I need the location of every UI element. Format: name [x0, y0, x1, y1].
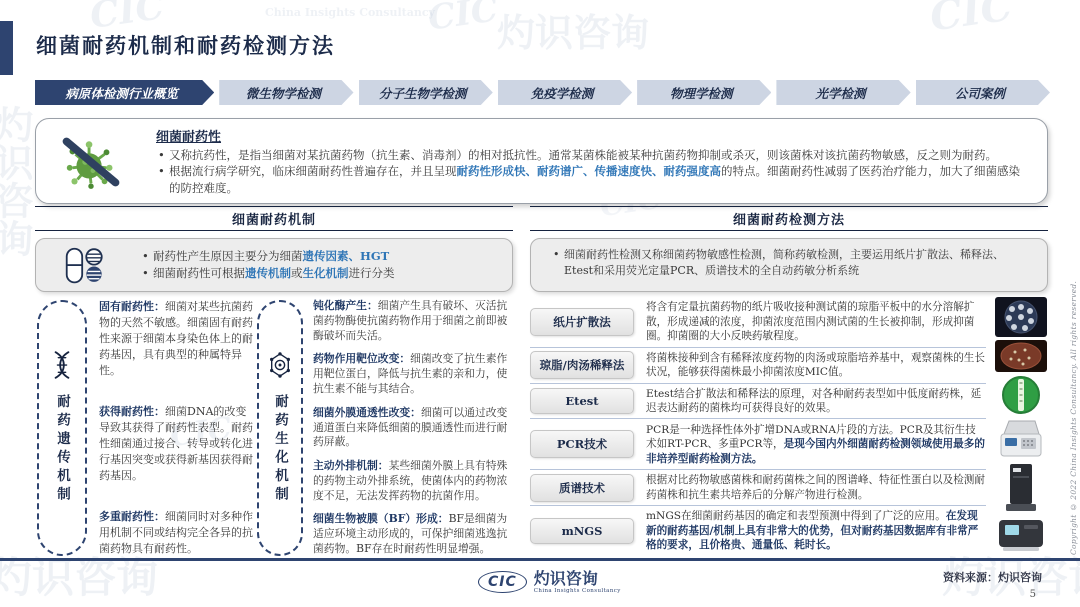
- pcr-instrument-photo: [997, 419, 1045, 462]
- method-label-pcr: PCR技术: [530, 430, 634, 458]
- genetic-mechanism-label: 耐药遗传机制: [52, 394, 72, 505]
- detection-summary-box: 细菌耐药性检测又称细菌药物敏感性检测，简称药敏检测，主要运用纸片扩散法、稀释法、…: [530, 238, 1048, 292]
- method-label-etest: Etest: [530, 388, 634, 414]
- method-desc-text: 将菌株接种到含有稀释浓度药物的肉汤或琼脂培养基中，观察菌株的生长状况，能够获得菌…: [646, 352, 985, 378]
- genetic-mechanism-pill: 耐药遗传机制: [37, 300, 87, 556]
- genetic-item: 固有耐药性：细菌对某些抗菌药物的天然不敏感。细菌固有耐药性来源于细菌本身染色体上…: [99, 299, 255, 379]
- mass-spectrometer-photo: [1001, 462, 1041, 515]
- tab-company-cases[interactable]: 公司案例: [916, 80, 1050, 105]
- table-row: PCR技术 PCR是一种选择性体外扩增DNA或RNA片段的方法。PCR及其衍生技…: [530, 419, 986, 470]
- table-row: mNGS mNGS在细菌耐药基因的确定和表型预测中得到了广泛的应用。在发现新的耐…: [530, 506, 986, 556]
- cic-watermark: 灼识咨询: [497, 2, 649, 57]
- tab-immunology-testing[interactable]: 免疫学检测: [498, 80, 632, 105]
- molecule-icon: [268, 351, 292, 382]
- mechanism-bullet-1-highlight: 遗传因素、HGT: [303, 249, 390, 263]
- dna-icon: [51, 351, 73, 382]
- biochem-item-term: 细菌外膜通透性改变：: [313, 406, 421, 419]
- mechanism-bullet-2: 细菌耐药性可根据遗传机制或生化机制进行分类: [140, 265, 502, 282]
- tab-microbiology-testing[interactable]: 微生物学检测: [219, 80, 353, 105]
- page-title: 细菌耐药机制和耐药检测方法: [36, 30, 335, 60]
- capsule-pill-icon: [60, 246, 108, 286]
- section-nav: 病原体检测行业概览 微生物学检测 分子生物学检测 免疫学检测 物理学检测 光学检…: [35, 80, 1050, 105]
- detection-summary-bullet: 细菌耐药性检测又称细菌药物敏感性检测，简称药敏检测，主要运用纸片扩散法、稀释法、…: [551, 247, 1033, 278]
- footer-divider: [0, 558, 1080, 561]
- copyright-notice: Copyright © 2022 China Insights Consulta…: [1069, 255, 1078, 555]
- method-desc: mNGS在细菌耐药基因的确定和表型预测中得到了广泛的应用。在发现新的耐药基因/机…: [634, 509, 986, 552]
- biochem-item-term: 主动外排机制：: [313, 459, 389, 472]
- genetic-item: 获得耐药性：细菌DNA的改变导致其获得了耐药性表型。耐药性细菌通过接合、转导或转…: [99, 404, 255, 484]
- mechanism-bullet-2-mid: 或: [291, 266, 303, 280]
- biochem-item: 钝化酶产生：细菌产生具有破坏、灭活抗菌药物酶使抗菌药物作用于细菌之前即被酶破坏而…: [313, 299, 513, 344]
- intro-bullet-2: 根据流行病学研究，临床细菌耐药性普遍存在，并且呈现耐药性形成快、耐药谱广、传播速…: [156, 163, 1031, 196]
- tab-physical-testing[interactable]: 物理学检测: [637, 80, 771, 105]
- cic-watermark: 灼识咨询: [0, 105, 39, 257]
- tab-pathogen-industry-overview[interactable]: 病原体检测行业概览: [35, 80, 214, 105]
- disk-diffusion-plate-photo: [995, 297, 1047, 340]
- method-desc: 将菌株接种到含有稀释浓度药物的肉汤或琼脂培养基中，观察菌株的生长状况，能够获得菌…: [634, 351, 986, 380]
- table-row: Etest Etest结合扩散法和稀释法的原理，对各种耐药表型如中低度耐药株，延…: [530, 384, 986, 420]
- crossed-bacteria-icon: [60, 131, 122, 193]
- table-row: 纸片扩散法 将含有定量抗菌药物的纸片吸收接种测试菌的琼脂平板中的水分溶解扩散，形…: [530, 297, 986, 348]
- biochem-item: 药物作用靶位改变：细菌改变了抗生素作用靶位蛋白，降低与抗生素的亲和力，使抗生素不…: [313, 352, 513, 397]
- tab-optical-testing[interactable]: 光学检测: [776, 80, 910, 105]
- biochem-item-term: 药物作用靶位改变：: [313, 352, 410, 365]
- genetic-item-term: 多重耐药性：: [99, 510, 165, 523]
- detection-summary-text: 细菌耐药性检测又称细菌药物敏感性检测，简称药敏检测，主要运用纸片扩散法、稀释法、…: [564, 248, 1004, 277]
- biochem-item: 细菌外膜通透性改变：细菌可以通过改变通道蛋白来降低细菌的膜通透性而进行耐药屏蔽。: [313, 406, 513, 451]
- genetic-mechanism-items: 固有耐药性：细菌对某些抗菌药物的天然不敏感。细菌固有耐药性来源于细菌本身染色体上…: [99, 299, 255, 557]
- biochemical-mechanism-label: 耐药生化机制: [270, 394, 290, 505]
- method-desc: 将含有定量抗菌药物的纸片吸收接种测试菌的琼脂平板中的水分溶解扩散，形成递减的浓度…: [634, 300, 986, 343]
- cic-logo-name: 灼识咨询: [534, 570, 621, 588]
- method-desc: 根据对比药物敏感菌株和耐药菌株之间的图谱峰、特征性蛋白以及检测耐药菌株和抗生素共…: [634, 473, 986, 502]
- detection-section-header: 细菌耐药检测方法: [530, 206, 1048, 231]
- cic-logo-mark: CIC: [478, 571, 527, 593]
- method-desc-text: 根据对比药物敏感菌株和耐药菌株之间的图谱峰、特征性蛋白以及检测耐药菌株和抗生素共…: [646, 474, 985, 500]
- cic-watermark: CIC: [927, 0, 1015, 41]
- intro-bullet-1: 又称抗药性，是指当细菌对某抗菌药物（抗生素、消毒剂）的相对抵抗性。通常某菌株能被…: [156, 147, 1031, 163]
- mechanism-bullet-2-pre: 细菌耐药性可根据: [153, 266, 245, 280]
- method-label-mngs: mNGS: [530, 518, 634, 544]
- genetic-item: 多重耐药性：细菌同时对多种作用机制不同或结构完全各异的抗菌药物具有耐药性。: [99, 509, 255, 557]
- agar-dilution-plate-photo: [995, 340, 1047, 375]
- method-desc-text: Etest结合扩散法和稀释法的原理，对各种耐药表型如中低度耐药株，延迟表达耐药的…: [646, 388, 981, 414]
- mechanism-bullet-1-pre: 耐药性产生原因主要分为细菌: [153, 249, 303, 263]
- method-desc: Etest结合扩散法和稀释法的原理，对各种耐药表型如中低度耐药株，延迟表达耐药的…: [634, 387, 986, 416]
- tab-molecular-biology-testing[interactable]: 分子生物学检测: [359, 80, 493, 105]
- detection-method-photos: [992, 297, 1050, 556]
- detection-method-table: 纸片扩散法 将含有定量抗菌药物的纸片吸收接种测试菌的琼脂平板中的水分溶解扩散，形…: [530, 297, 986, 556]
- biochemical-mechanism-pill: 耐药生化机制: [257, 300, 303, 556]
- table-row: 琼脂/肉汤稀释法 将菌株接种到含有稀释浓度药物的肉汤或琼脂培养基中，观察菌株的生…: [530, 348, 986, 384]
- intro-bullet-2-highlight: 耐药性形成快、耐药谱广、传播速度快、耐药强度高: [457, 164, 722, 178]
- cic-watermark: CIC: [426, 0, 501, 39]
- mechanism-section-header: 细菌耐药机制: [35, 206, 513, 231]
- biochem-item: 主动外排机制：某些细菌外膜上具有特殊的药物主动外排系统，使菌体内的药物浓度不足，…: [313, 459, 513, 504]
- cic-logo: CIC 灼识咨询 China Insights Consultancy: [478, 570, 621, 594]
- mechanism-bullet-2-highlight-1: 遗传机制: [245, 266, 291, 280]
- page-number: 5: [1030, 589, 1036, 600]
- intro-bullet-1-text: 又称抗药性，是指当细菌对某抗菌药物（抗生素、消毒剂）的相对抵抗性。通常某菌株能被…: [169, 148, 997, 162]
- genetic-item-term: 固有耐药性：: [99, 300, 165, 313]
- mechanism-bullet-2-post: 进行分类: [349, 266, 395, 280]
- method-desc-text: mNGS在细菌耐药基因的确定和表型预测中得到了广泛的应用。: [646, 510, 946, 522]
- method-desc-text: 将含有定量抗菌药物的纸片吸收接种测试菌的琼脂平板中的水分溶解扩散，形成递减的浓度…: [646, 301, 974, 342]
- mechanism-bullet-2-highlight-2: 生化机制: [303, 266, 349, 280]
- bacterial-resistance-intro-box: 细菌耐药性 又称抗药性，是指当细菌对某抗菌药物（抗生素、消毒剂）的相对抵抗性。通…: [35, 118, 1048, 204]
- table-row: 质谱技术 根据对比药物敏感菌株和耐药菌株之间的图谱峰、特征性蛋白以及检测耐药菌株…: [530, 470, 986, 506]
- sequencer-photo: [997, 515, 1045, 556]
- biochemical-mechanism-items: 钝化酶产生：细菌产生具有破坏、灭活抗菌药物酶使抗菌药物作用于细菌之前即被酶破坏而…: [313, 299, 513, 557]
- method-label-dilution: 琼脂/肉汤稀释法: [530, 351, 634, 379]
- genetic-item-term: 获得耐药性：: [99, 405, 165, 418]
- biochem-item: 细菌生物被膜（BF）形成：BF是细菌为适应环境主动形成的，可保护细菌逃逸抗菌药物…: [313, 512, 513, 557]
- biochem-item-term: 钝化酶产生：: [313, 299, 378, 312]
- method-desc: PCR是一种选择性体外扩增DNA或RNA片段的方法。PCR及其衍生技术如RT-P…: [634, 423, 986, 466]
- intro-bullet-2-pre: 根据流行病学研究，临床细菌耐药性普遍存在，并且呈现: [169, 164, 457, 178]
- mechanism-summary-box: 耐药性产生原因主要分为细菌遗传因素、HGT 细菌耐药性可根据遗传机制或生化机制进…: [35, 238, 513, 292]
- intro-heading: 细菌耐药性: [156, 126, 1031, 145]
- cic-logo-tagline: China Insights Consultancy: [534, 588, 621, 594]
- title-accent-bar: [0, 21, 13, 75]
- method-label-mass-spec: 质谱技术: [530, 474, 634, 502]
- biochem-item-term: 细菌生物被膜（BF）形成：: [313, 512, 449, 525]
- etest-plate-photo: [998, 375, 1044, 418]
- mechanism-bullet-1: 耐药性产生原因主要分为细菌遗传因素、HGT: [140, 248, 502, 265]
- source-note: 资料来源：灼识咨询: [943, 569, 1042, 585]
- method-label-disk-diffusion: 纸片扩散法: [530, 308, 634, 336]
- cic-watermark: China Insights Consultancy: [265, 6, 435, 19]
